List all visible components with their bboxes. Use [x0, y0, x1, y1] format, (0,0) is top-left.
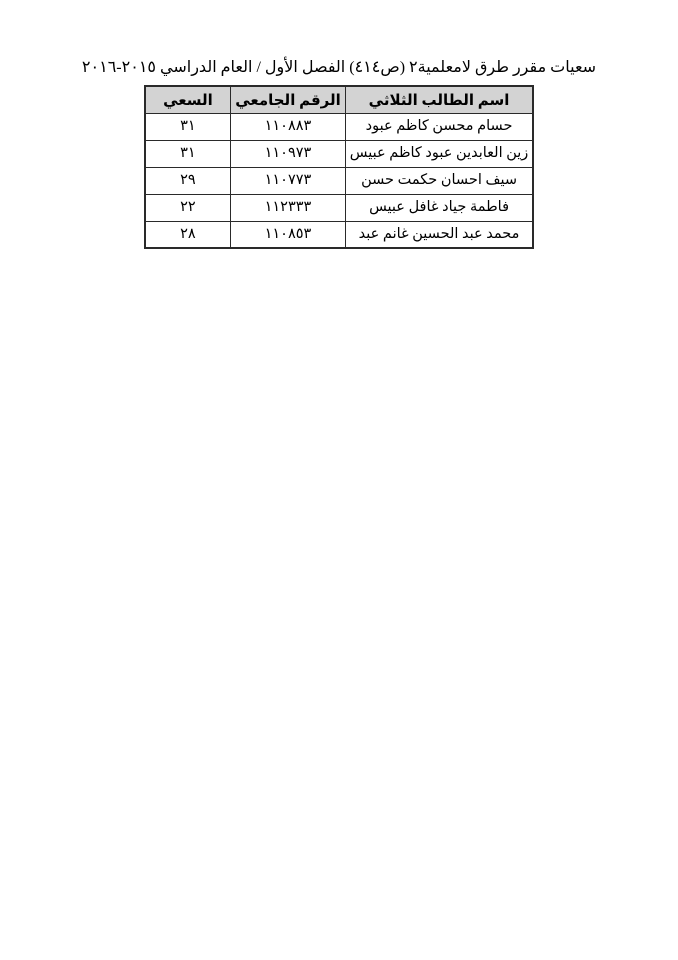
table-row: محمد عبد الحسين غانم عبد ١١٠٨٥٣ ٢٨ — [145, 221, 534, 248]
table-row: فاطمة جياد غافل عبيس ١١٢٣٣٣ ٢٢ — [145, 194, 534, 221]
university-id-cell: ١١٠٧٧٣ — [231, 167, 346, 194]
grade-cell: ٢٢ — [145, 194, 231, 221]
student-name-cell: محمد عبد الحسين غانم عبد — [345, 221, 533, 248]
grade-cell: ٢٨ — [145, 221, 231, 248]
table-header-row: اسم الطالب الثلاثي الرقم الجامعي السعي — [145, 86, 534, 113]
header-university-id: الرقم الجامعي — [231, 86, 346, 113]
grade-cell: ٣١ — [145, 113, 231, 140]
document-title: سعيات مقرر طرق لامعلمية٢ (ص٤١٤) الفصل ال… — [0, 0, 678, 79]
table-row: زين العابدين عبود كاظم عبيس ١١٠٩٧٣ ٣١ — [145, 140, 534, 167]
student-name-cell: فاطمة جياد غافل عبيس — [345, 194, 533, 221]
header-student-name: اسم الطالب الثلاثي — [345, 86, 533, 113]
header-grade: السعي — [145, 86, 231, 113]
grades-table: اسم الطالب الثلاثي الرقم الجامعي السعي ح… — [144, 85, 535, 249]
university-id-cell: ١١٠٨٥٣ — [231, 221, 346, 248]
university-id-cell: ١١٠٩٧٣ — [231, 140, 346, 167]
grade-cell: ٢٩ — [145, 167, 231, 194]
student-name-cell: حسام محسن كاظم عبود — [345, 113, 533, 140]
student-name-cell: زين العابدين عبود كاظم عبيس — [345, 140, 533, 167]
university-id-cell: ١١٠٨٨٣ — [231, 113, 346, 140]
student-name-cell: سيف احسان حكمت حسن — [345, 167, 533, 194]
table-row: سيف احسان حكمت حسن ١١٠٧٧٣ ٢٩ — [145, 167, 534, 194]
document-page: سعيات مقرر طرق لامعلمية٢ (ص٤١٤) الفصل ال… — [0, 0, 678, 960]
grade-cell: ٣١ — [145, 140, 231, 167]
table-row: حسام محسن كاظم عبود ١١٠٨٨٣ ٣١ — [145, 113, 534, 140]
university-id-cell: ١١٢٣٣٣ — [231, 194, 346, 221]
